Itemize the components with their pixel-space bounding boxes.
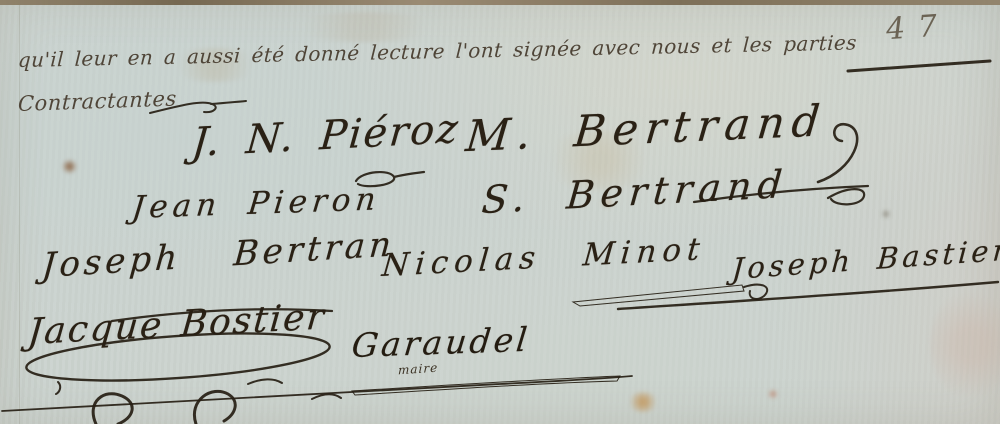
signature-jacque-bostier: Jacque Bostier: [26, 296, 327, 353]
signature-garaudel: Garaudel: [350, 320, 532, 365]
stain: [290, 12, 440, 42]
signature-m-bertrand: M. Bertrand: [464, 96, 829, 162]
signature-nicolas-minot: Nicolas Minot: [380, 231, 707, 284]
stain: [62, 160, 77, 173]
signature-garaudel-title: maire: [398, 361, 439, 378]
flourish-minot-underline: [573, 285, 744, 306]
flourish-minot-curl: [744, 285, 767, 299]
stain: [930, 290, 1000, 400]
stain: [882, 210, 890, 218]
flourish-garaudel-bold: [352, 376, 620, 395]
stain: [768, 390, 778, 398]
flourish-dash-line1: [848, 61, 990, 71]
body-text-line-1: qu'il leur en a aussi été donné lecture …: [17, 30, 857, 72]
flourish-bastien-underline: [618, 282, 998, 309]
signature-jean-pieron: Jean Pieron: [130, 181, 382, 226]
flourish-bottom-partial-2: [194, 391, 235, 424]
signature-s-bertrand: S. Bertrand: [480, 162, 790, 222]
flourish-bottom-partial-1: [93, 394, 132, 424]
manuscript-page: 47 qu'il leur en a aussi été donné lectu…: [0, 0, 1000, 424]
page-top-edge: [0, 0, 1000, 5]
flourish-garaudel-sweep: [2, 376, 632, 411]
signature-jn-pieroz: J. N. Piéroz: [190, 106, 462, 166]
page-number: 47: [885, 8, 951, 47]
stain: [628, 392, 658, 412]
flourish-bottom-marks: [56, 379, 341, 399]
body-text-line-2: Contractantes: [18, 86, 178, 116]
signature-joseph-bertran: Joseph Bertran: [40, 224, 396, 286]
signature-joseph-bastien: Joseph Bastien: [731, 232, 1000, 286]
